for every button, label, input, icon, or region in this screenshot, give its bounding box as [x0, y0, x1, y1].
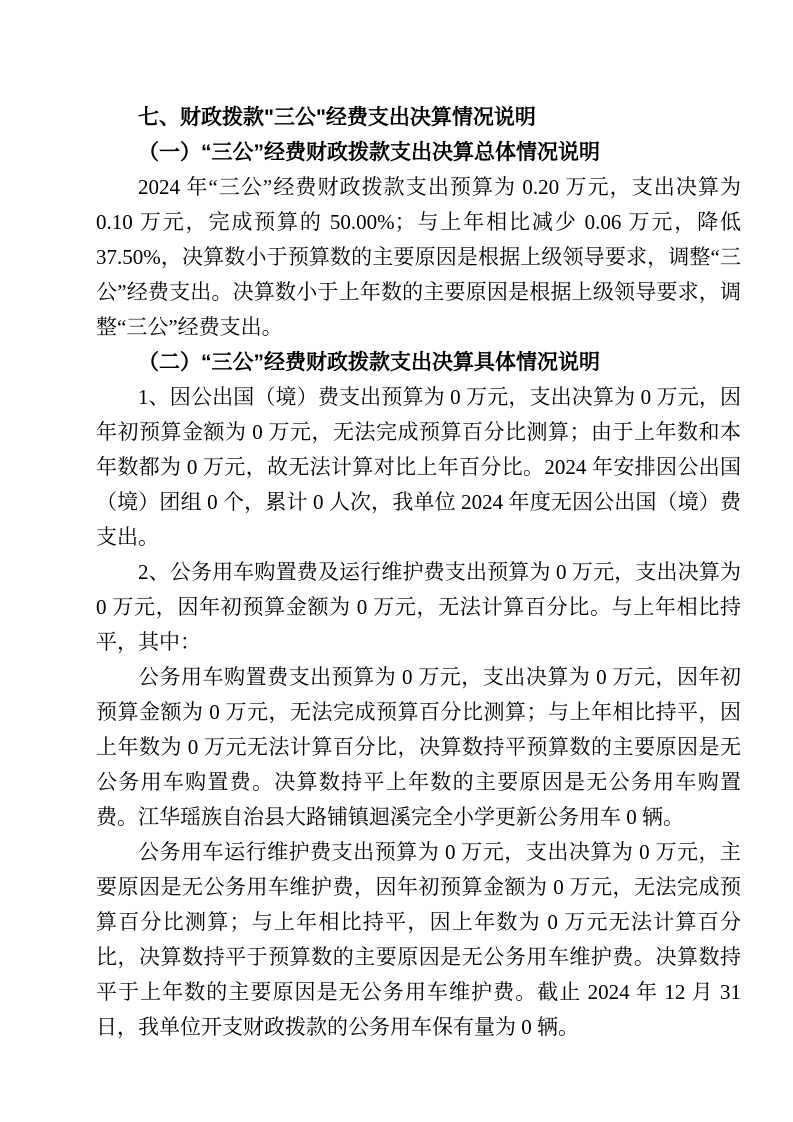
- section-heading-main: 七、财政拨款"三公"经费支出决算情况说明: [96, 100, 741, 135]
- content-area: 七、财政拨款"三公"经费支出决算情况说明 （一）“三公”经费财政拨款支出决算总体…: [96, 100, 741, 1045]
- paragraph-vehicle-purchase: 公务用车购置费支出预算为 0 万元，支出决算为 0 万元，因年初预算金额为 0 …: [96, 660, 741, 835]
- subsection-heading-specific: （二）“三公”经费财政拨款支出决算具体情况说明: [96, 345, 741, 380]
- paragraph-overall-situation: 2024 年“三公”经费财政拨款支出预算为 0.20 万元，支出决算为 0.10…: [96, 170, 741, 345]
- subsection-heading-overall: （一）“三公”经费财政拨款支出决算总体情况说明: [96, 135, 741, 170]
- paragraph-abroad-expense: 1、因公出国（境）费支出预算为 0 万元，支出决算为 0 万元，因年初预算金额为…: [96, 380, 741, 555]
- document-page: 七、财政拨款"三公"经费支出决算情况说明 （一）“三公”经费财政拨款支出决算总体…: [0, 0, 793, 1122]
- paragraph-vehicle-total: 2、公务用车购置费及运行维护费支出预算为 0 万元，支出决算为 0 万元，因年初…: [96, 555, 741, 660]
- paragraph-vehicle-maintenance: 公务用车运行维护费支出预算为 0 万元，支出决算为 0 万元，主要原因是无公务用…: [96, 835, 741, 1045]
